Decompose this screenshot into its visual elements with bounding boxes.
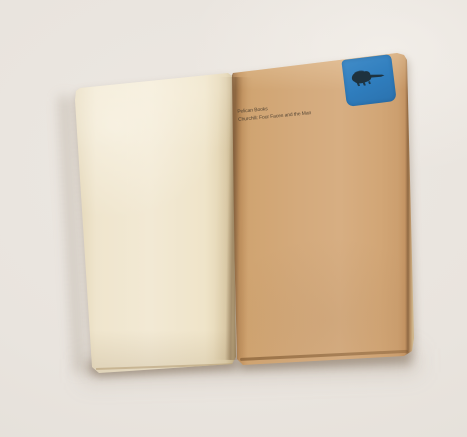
photo-of-open-paperback: Pelican Books Churchill: Four Faces and … bbox=[0, 0, 467, 437]
blue-sticker bbox=[341, 54, 396, 107]
left-page-bottom-edge bbox=[96, 363, 236, 370]
sticker-scribble-icon bbox=[341, 54, 396, 107]
